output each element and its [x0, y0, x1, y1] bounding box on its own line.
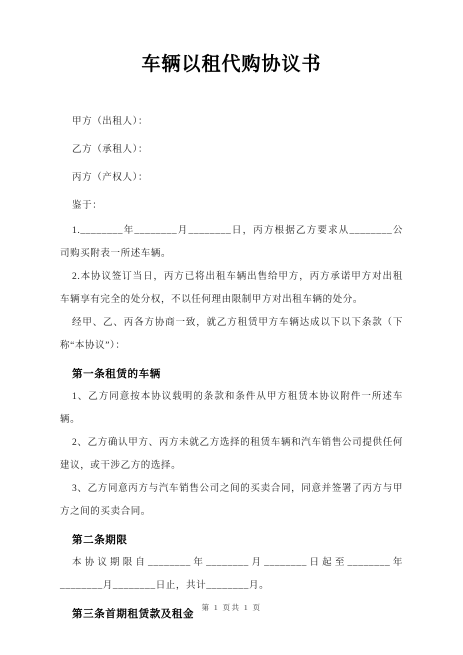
preamble-block: 1.________年________月________日，丙方根据乙方要求从_… [60, 220, 403, 358]
section-1-clause-1: 1、乙方同意按本协议载明的条款和条件从甲方租赁本协议附件一所述车辆。 [60, 386, 403, 432]
party-c-label: 丙方（产权人）： [60, 164, 403, 192]
parties-block: 甲方（出租人）： 乙方（承租人）： 丙方（产权人）： 鉴于： [60, 108, 403, 220]
document-title: 车辆以租代购协议书 [60, 0, 403, 78]
preamble-agreement-line: 经甲、乙、丙各方协商一致，就乙方租赁甲方车辆达成以下以下条款（下称“本协议”）： [60, 312, 403, 358]
preamble-clause-2: 2.本协议签订当日，丙方已将出租车辆出售给甲方，丙方承诺甲方对出租车辆享有完全的… [60, 266, 403, 312]
preamble-clause-1: 1.________年________月________日，丙方根据乙方要求从_… [60, 220, 403, 266]
section-2-heading: 第二条期限 [60, 529, 403, 552]
section-2-clause-1: 本协议期限自________年________月________日起至_____… [60, 552, 403, 598]
document-content: 车辆以租代购协议书 甲方（出租人）： 乙方（承租人）： 丙方（产权人）： 鉴于：… [0, 0, 463, 626]
party-a-label: 甲方（出租人）： [60, 108, 403, 136]
document-page: 车辆以租代购协议书 甲方（出租人）： 乙方（承租人）： 丙方（产权人）： 鉴于：… [0, 0, 463, 655]
party-b-label: 乙方（承租人）： [60, 136, 403, 164]
section-1-clause-3: 3、乙方同意丙方与汽车销售公司之间的买卖合同，同意并签署了丙方与甲方之间的买卖合… [60, 478, 403, 524]
page-number: 第 1 页共 1 页 [0, 602, 463, 613]
section-1-clause-2: 2、乙方确认甲方、丙方未就乙方选择的租赁车辆和汽车销售公司提供任何建议，或干涉乙… [60, 432, 403, 478]
section-1-heading: 第一条租赁的车辆 [60, 363, 403, 386]
whereas-label: 鉴于： [60, 192, 403, 220]
